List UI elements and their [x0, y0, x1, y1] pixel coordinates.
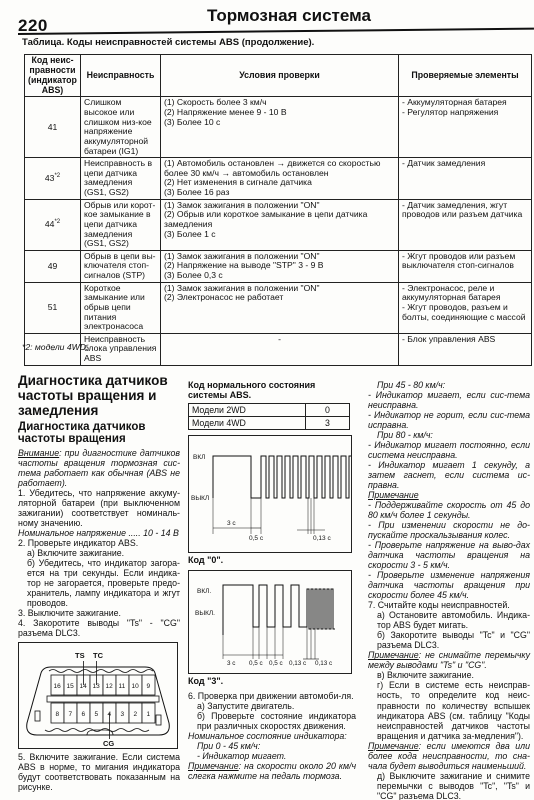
condition-line: (2) Обрыв или короткое замыкание в цепи …	[164, 210, 395, 229]
note-label: Примечание	[368, 490, 530, 500]
note-list: - Поддерживайте скорость от 45 до 80 км/…	[368, 500, 530, 600]
check-conditions: (1) Замок зажигания в положении "ON"(2) …	[161, 282, 399, 333]
table-footnote: *2: модели 4WD.	[22, 343, 88, 353]
attention-note: Внимание: при диагностике датчиков часто…	[18, 448, 180, 488]
step-7a: а) Остановите автомобиль. Индика-тор ABS…	[368, 610, 530, 630]
fault-description: Неисправность в цепи датчика замедления …	[81, 158, 161, 200]
pin-label: 9	[147, 683, 151, 690]
list-item: - Поддерживайте скорость от 45 до 80 км/…	[368, 500, 530, 520]
table-row: 49Обрыв в цепи вы-ключателя стоп-сигнало…	[25, 250, 532, 282]
fault-codes-table: Код неис-правности (индикатор ABS) Неисп…	[24, 54, 532, 366]
element-line: - Датчик замедления, жгут проводов или р…	[402, 201, 528, 220]
checked-elements: - Блок управления ABS	[399, 333, 532, 365]
step-7b: б) Закоротите выводы "Tc" и "CG" разъема…	[368, 630, 530, 650]
step-7v: в) Включите зажигание.	[368, 670, 530, 680]
duration-0-5s: 0,5 с	[249, 535, 264, 542]
fault-code-value: 41	[48, 122, 58, 132]
checked-elements: - Электронасос, реле и аккумуляторная ба…	[399, 282, 532, 333]
list-item: - Индикатор мигает 1 секунду, а затем га…	[368, 460, 530, 490]
ts-label: TS	[75, 651, 85, 660]
table-row: -Неисправность блока управления ABS-- Бл…	[25, 333, 532, 365]
column-middle: Код нормального состояния системы ABS. М…	[188, 380, 356, 781]
checked-elements: - Датчик замедления, жгут проводов или р…	[399, 199, 532, 250]
step-6: 6. Проверка при движении автомоби-ля.	[188, 691, 356, 701]
element-line: - Жгут проводов или разъем выключателя с…	[402, 252, 528, 271]
code-2wd: 0	[306, 403, 350, 416]
duration-0-5s: 0,5 с	[269, 660, 283, 667]
fault-code: 44*2	[25, 199, 81, 250]
condition-line: (3) Более 0,3 с	[164, 271, 395, 281]
condition-line: -	[164, 335, 395, 345]
running-title: Тормозная система	[207, 6, 371, 25]
duration-0-13s: 0,13 с	[289, 660, 306, 667]
note-label: Примечание	[368, 650, 419, 660]
section-subtitle: Диагностика датчиков частоты вращения	[18, 421, 180, 446]
check-conditions: (1) Автомобиль остановлен → движется со …	[161, 158, 399, 200]
table-row: 44*2Обрыв или корот-кое замыкание в цепи…	[25, 199, 532, 250]
step-6-note: Примечание: на скорости около 20 км/ч сл…	[188, 761, 356, 781]
cg-label: CG	[103, 739, 114, 748]
column-right: При 45 - 80 км/ч: - Индикатор мигает, ес…	[368, 380, 530, 800]
duration-0-13s: 0,13 с	[315, 660, 332, 667]
pin-label: 11	[119, 683, 126, 690]
pin-label: 8	[56, 711, 60, 718]
fault-description: Слишком высокое или слишком низ-кое напр…	[81, 97, 161, 158]
check-conditions: -	[161, 333, 399, 365]
section-title: Диагностика датчиков частоты вращения и …	[18, 374, 180, 419]
normal-code-table: Модели 2WD 0 Модели 4WD 3	[188, 403, 350, 430]
on-label: ВКЛ	[193, 454, 205, 461]
speed-45-80-list: - Индикатор мигает, если сис-тема неиспр…	[368, 390, 530, 430]
condition-line: (1) Автомобиль остановлен → движется со …	[164, 159, 395, 178]
checked-elements: - Аккумуляторная батарея- Регулятор напр…	[399, 97, 532, 158]
pin-label: 12	[106, 683, 114, 690]
footnote-marker: *2	[54, 173, 60, 179]
duration-3s: 3 с	[227, 520, 236, 527]
column-header-fault: Неисправность	[81, 55, 161, 97]
step-7g: г) Если в системе есть неисправ-ность, т…	[368, 680, 530, 740]
list-item: - При изменении скорости не до-пускайте …	[368, 520, 530, 540]
fault-code-value: 49	[48, 261, 58, 271]
footnote-marker: *2	[54, 219, 60, 225]
pin-label: 6	[82, 711, 86, 718]
note-label: Примечание	[368, 741, 419, 751]
pin-label: 5	[95, 711, 99, 718]
step-7-note: Примечание: не снимайте перемычку между …	[368, 650, 530, 670]
list-item: - Индикатор не горит, если сис-тема испр…	[368, 410, 530, 430]
speed-0-45: При 0 - 45 км/ч:	[188, 741, 356, 751]
fault-code-value: 43	[45, 173, 55, 183]
check-conditions: (1) Скорость более 3 км/ч(2) Напряжение …	[161, 97, 399, 158]
pin-label: 2	[134, 711, 138, 718]
check-conditions: (1) Замок зажигания в положении "ON"(2) …	[161, 250, 399, 282]
table-row: 43*2Неисправность в цепи датчика замедле…	[25, 158, 532, 200]
element-line: - Регулятор напряжения	[402, 108, 528, 118]
speed-0-45-item: - Индикатор мигает.	[188, 751, 356, 761]
step-1: 1. Убедитесь, что напряжение аккуму-лято…	[18, 488, 180, 528]
fault-description: Короткое замыкание или обрыв цепи питани…	[81, 282, 161, 333]
nominal-voltage: Номинальное напряжение ..... 10 - 14 В	[18, 528, 180, 538]
pin-label: 15	[67, 683, 75, 690]
condition-line: (3) Более 10 с	[164, 118, 395, 128]
speed-80-list: - Индикатор мигает постоянно, если систе…	[368, 440, 530, 490]
pin-label: 1	[147, 711, 151, 718]
attention-label: Внимание	[18, 448, 59, 458]
step-7d: д) Выключите зажигание и снимите перемыч…	[368, 771, 530, 800]
model-4wd: Модели 4WD	[189, 416, 306, 429]
code-3-caption: Код "3".	[188, 676, 356, 686]
list-item: - Проверьте изменение напряжения датчика…	[368, 570, 530, 600]
step-4: 4. Закоротите выводы "Ts" - "CG" разъема…	[18, 618, 180, 638]
code-3-timing-diagram: ВКЛ.ВЫКЛ.3 с0,5 с0,5 с0,13 с0,13 с	[188, 570, 352, 674]
table-row: Модели 4WD 3	[189, 416, 350, 429]
step-6b: б) Проверьте состояние индикатора при ра…	[188, 711, 356, 731]
pin-label: 10	[132, 683, 140, 690]
step-7-note-2: Примечание: если имеются два или более к…	[368, 741, 530, 771]
fault-code: 49	[25, 250, 81, 282]
condition-line: (3) Более 1 с	[164, 230, 395, 240]
fault-description: Обрыв или корот-кое замыкание в цепи дат…	[81, 199, 161, 250]
duration-0-13s: 0,13 с	[313, 535, 331, 542]
column-left: Диагностика датчиков частоты вращения и …	[18, 374, 180, 792]
off-label: ВЫКЛ.	[195, 610, 215, 617]
check-conditions: (1) Замок зажигания в положении "ON"(2) …	[161, 199, 399, 250]
dlc3-connector-diagram: 16151413121110987654321TSTCCG	[18, 642, 178, 749]
header-rule	[18, 28, 534, 35]
step-2: 2. Проверьте индикатор ABS.	[18, 538, 180, 548]
element-line: - Блок управления ABS	[402, 335, 528, 345]
checked-elements: - Датчик замедления	[399, 158, 532, 200]
fault-description: Обрыв в цепи вы-ключателя стоп-сигналов …	[81, 250, 161, 282]
normal-code-title: Код нормального состояния системы ABS.	[188, 380, 356, 401]
pin-label: 16	[54, 683, 62, 690]
step-7: 7. Считайте коды неисправностей.	[368, 600, 530, 610]
element-line: - Жгут проводов, разъем и болты, соединя…	[402, 303, 528, 322]
fault-description: Неисправность блока управления ABS	[81, 333, 161, 365]
column-header-conditions: Условия проверки	[161, 55, 399, 97]
step-2a: а) Включите зажигание.	[18, 548, 180, 558]
table-caption: Таблица. Коды неисправностей системы ABS…	[22, 38, 314, 49]
table-row: 41Слишком высокое или слишком низ-кое на…	[25, 97, 532, 158]
off-label: ВЫКЛ	[191, 495, 209, 502]
code-4wd: 3	[306, 416, 350, 429]
step-3: 3. Выключите зажигание.	[18, 608, 180, 618]
duration-3s: 3 с	[227, 660, 235, 667]
list-item: - Индикатор мигает постоянно, если систе…	[368, 440, 530, 460]
checked-elements: - Жгут проводов или разъем выключателя с…	[399, 250, 532, 282]
fault-code: 43*2	[25, 158, 81, 200]
column-header-code: Код неис-правности (индикатор ABS)	[25, 55, 81, 97]
condition-line: (2) Электронасос не работает	[164, 293, 395, 303]
speed-80: При 80 - км/ч:	[368, 430, 530, 440]
column-header-elements: Проверяемые элементы	[399, 55, 532, 97]
code-0-caption: Код "0".	[188, 555, 356, 565]
nominal-indicator-label: Номинальное состояние индикатора:	[188, 731, 356, 741]
on-label: ВКЛ.	[197, 588, 211, 595]
code-0-timing-diagram: ВКЛВЫКЛ3 с0,5 с0,13 с	[188, 435, 352, 553]
fault-code-value: 44	[45, 219, 55, 229]
fault-code: 51	[25, 282, 81, 333]
table-row: 51Короткое замыкание или обрыв цепи пита…	[25, 282, 532, 333]
tc-label: TC	[93, 651, 104, 660]
table-row: Модели 2WD 0	[189, 403, 350, 416]
pin-label: 3	[121, 711, 125, 718]
note-label: Примечание	[188, 761, 239, 771]
element-line: - Датчик замедления	[402, 159, 528, 169]
step-2b: б) Убедитесь, что индикатор загора-ется …	[18, 558, 180, 608]
speed-45-80: При 45 - 80 км/ч:	[368, 380, 530, 390]
list-item: - Индикатор мигает, если сис-тема неиспр…	[368, 390, 530, 410]
model-2wd: Модели 2WD	[189, 403, 306, 416]
list-item: - Проверьте напряжение на выво-дах датчи…	[368, 540, 530, 570]
condition-line: (3) Более 16 раз	[164, 188, 395, 198]
pin-label: 7	[69, 711, 73, 718]
step-6a: а) Запустите двигатель.	[188, 701, 356, 711]
element-line: - Электронасос, реле и аккумуляторная ба…	[402, 284, 528, 303]
fault-code-value: 51	[48, 302, 58, 312]
fault-code: 41	[25, 97, 81, 158]
step-5: 5. Включите зажигание. Если система ABS …	[18, 752, 180, 792]
duration-0-5s: 0,5 с	[249, 660, 263, 667]
